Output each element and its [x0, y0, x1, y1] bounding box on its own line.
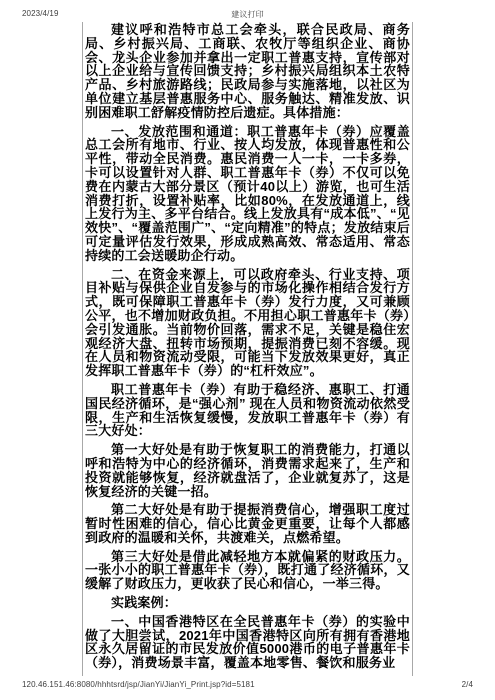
print-header: 2023/4/19 建议打印	[22, 9, 473, 21]
paragraph: 建议呼和浩特市总工会牵头，联合民政局、商务局、乡村振兴局、工商联、农牧厅等组织企…	[85, 23, 410, 120]
paragraph: 职工普惠年卡（券）有助于稳经济、惠职工、打通国民经济循环，是“强心剂” 现在人员…	[85, 383, 410, 438]
document-body: 建议呼和浩特市总工会牵头，联合民政局、商务局、乡村振兴局、工商联、农牧厅等组织企…	[82, 22, 413, 676]
print-source-url: 120.46.151.46:8080/hhhtsrd/jsp/JianYi/Ji…	[22, 680, 255, 689]
print-preview-page: 2023/4/19 建议打印 建议呼和浩特市总工会牵头，联合民政局、商务局、乡村…	[0, 0, 495, 700]
paragraph: 二、在资金来源上，可以政府牵头、行业支持、项目补贴与保供企业自发参与的市场化操作…	[85, 268, 410, 378]
paragraph: 一、发放范围和通道：职工普惠年卡（券）应覆盖总工会所有地市、行业、按人均发放，体…	[85, 125, 410, 263]
paragraph: 一、中国香港特区在全民普惠年卡（券）的实验中做了大胆尝试，2021年中国香港特区…	[85, 615, 410, 670]
page-indicator: 2/4	[462, 680, 473, 689]
paragraph: 第二大好处是有助于提振消费信心，增强职工度过暂时性困难的信心，信心比黄金更重要，…	[85, 503, 410, 544]
paragraph: 第三大好处是借此减轻地方本就偏紧的财政压力。一张小小的职工普惠年卡（券），既打通…	[85, 550, 410, 591]
print-footer: 120.46.151.46:8080/hhhtsrd/jsp/JianYi/Ji…	[22, 680, 473, 690]
paragraph: 第一大好处是有助于恢复职工的消费能力，打通以呼和浩特为中心的经济循环，消费需求起…	[85, 443, 410, 498]
paragraph: 实践案例：	[85, 596, 410, 610]
print-title: 建议打印	[22, 9, 473, 20]
